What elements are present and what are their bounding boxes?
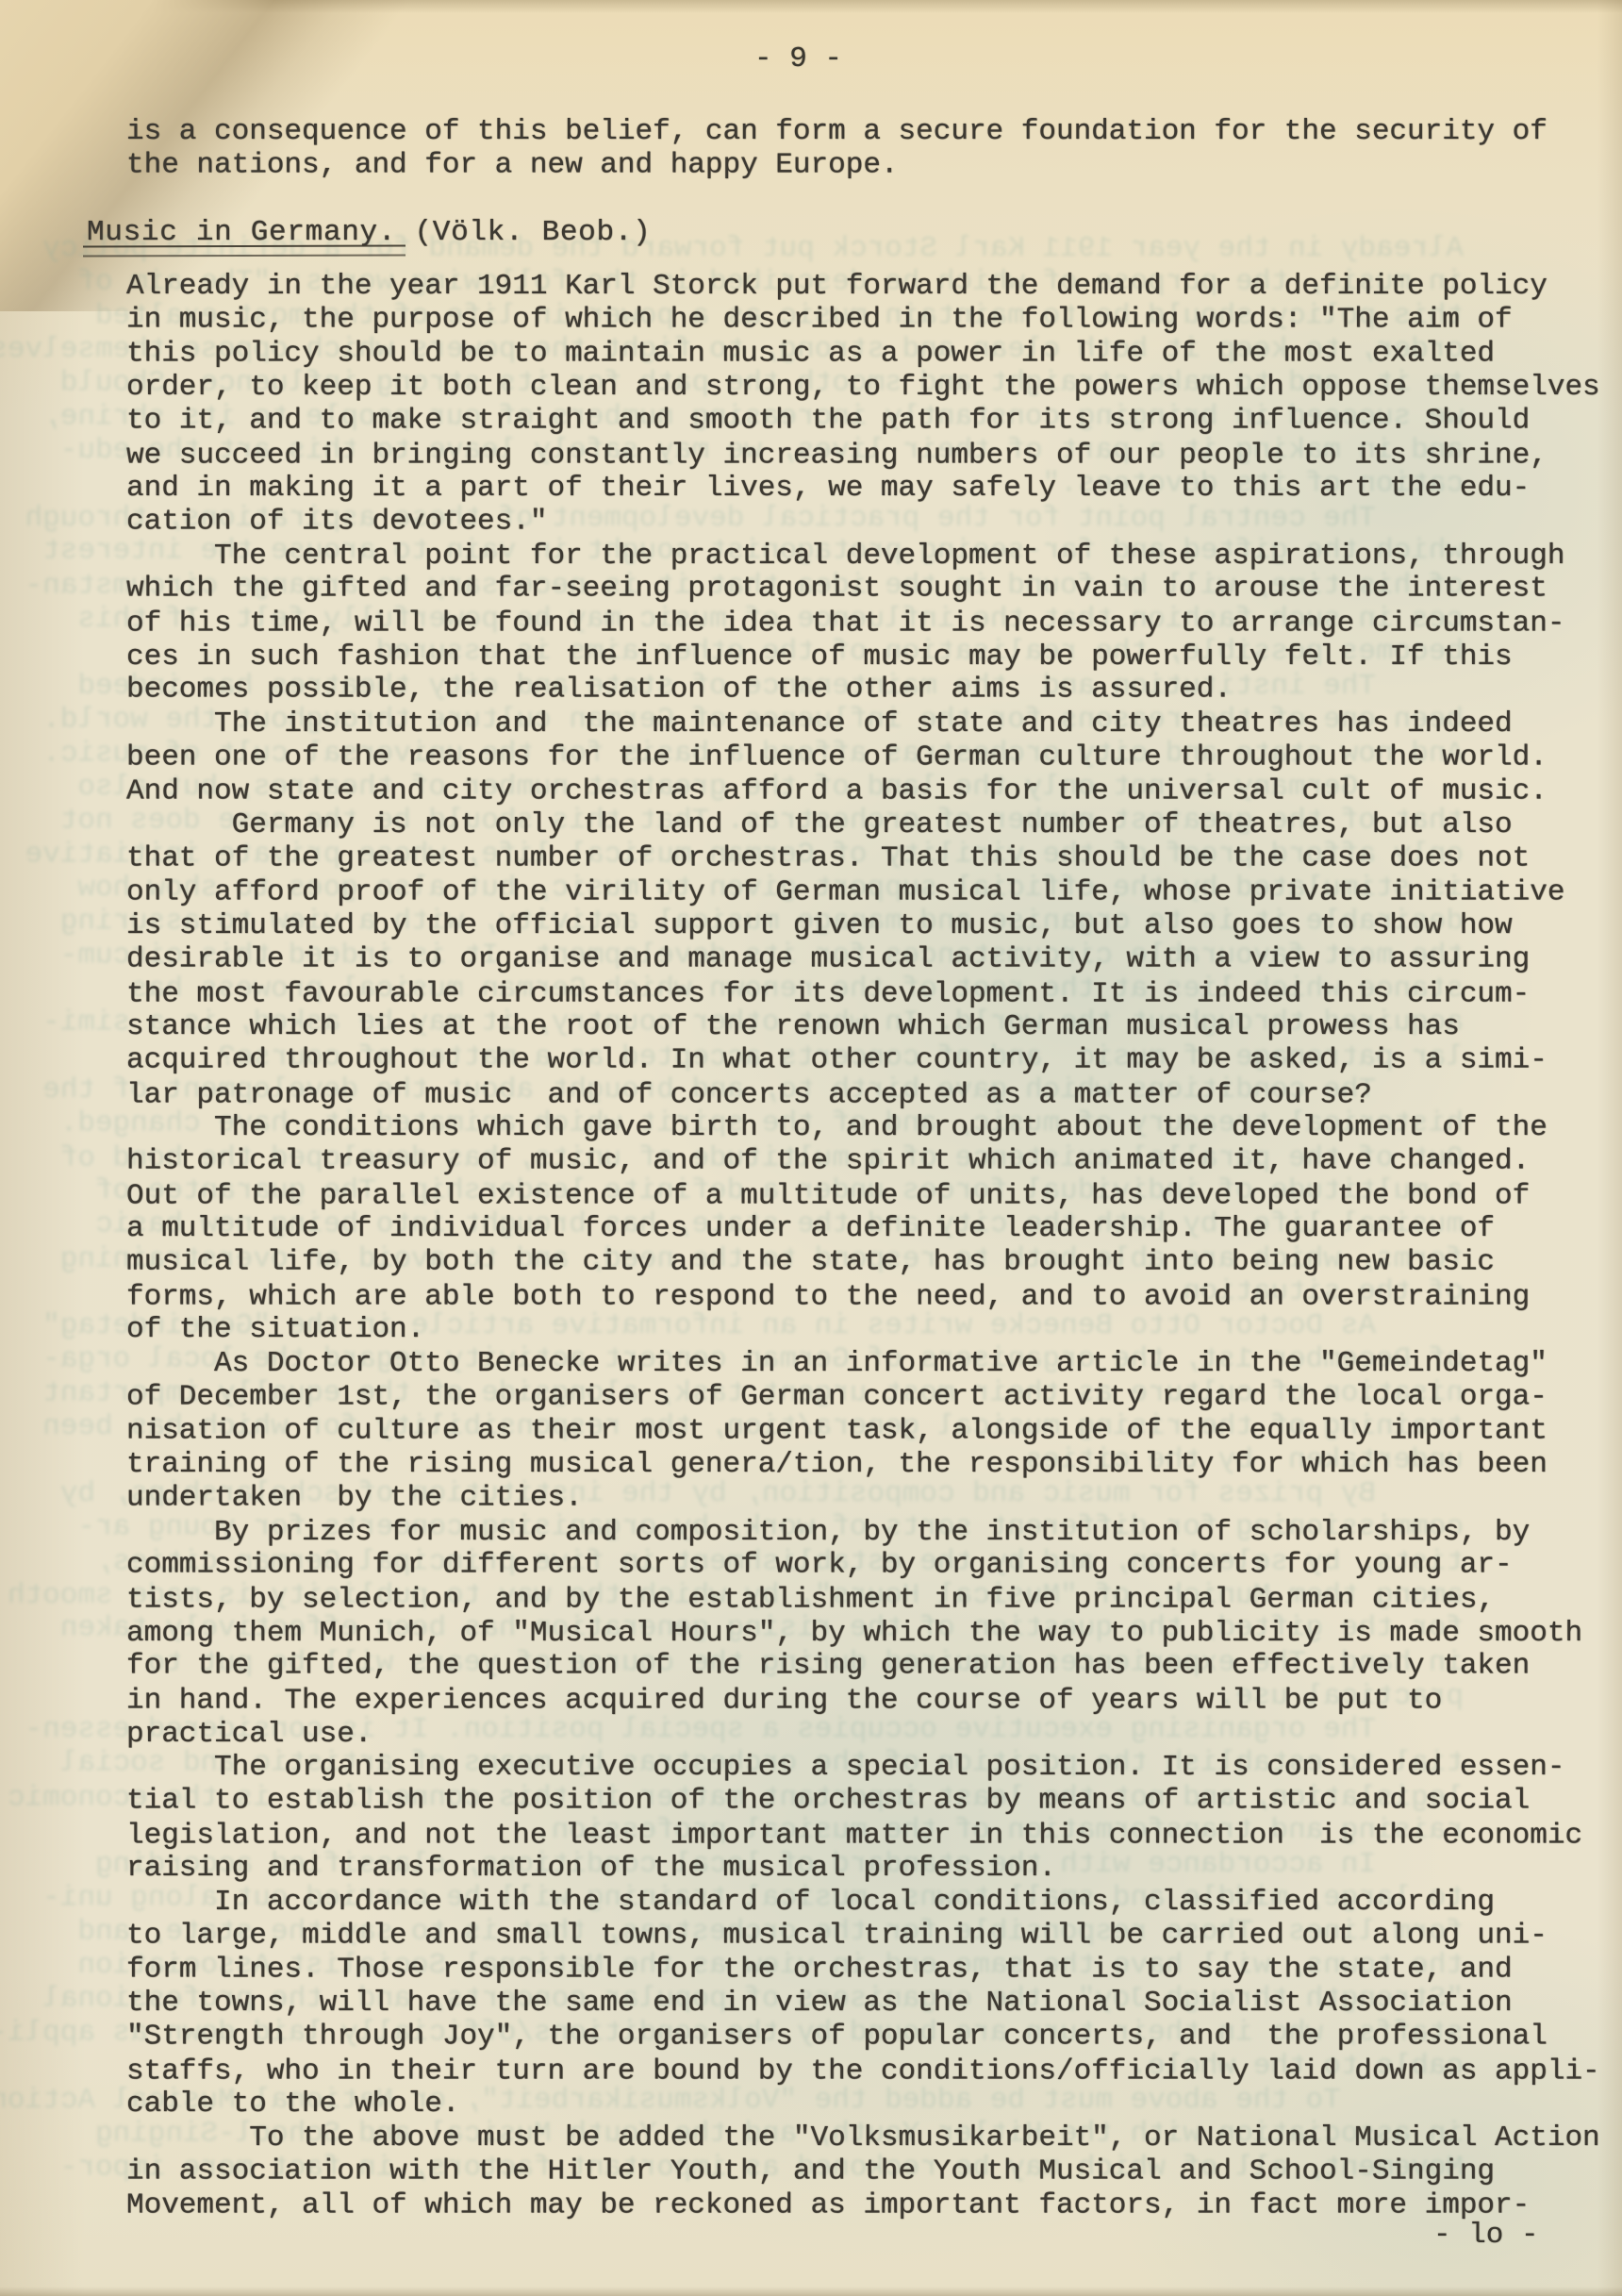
text-line: and in making it a part of their lives, … xyxy=(126,472,1622,506)
text-line: musical life, by both the city and the s… xyxy=(126,1246,1622,1280)
scanned-document-page: is a consequence of this belief, can for… xyxy=(0,0,1622,2296)
section-heading-source: (Völk. Beob.) xyxy=(396,216,651,249)
text-line: that of the greatest number of orchestra… xyxy=(126,841,1622,875)
text-line: in hand. The experiences acquired during… xyxy=(126,1684,1622,1718)
text-line: form lines. Those responsible for the or… xyxy=(126,1954,1622,1988)
text-line: only afford proof of the virility of Ger… xyxy=(126,876,1622,910)
text-line: tists, by selection, and by the establis… xyxy=(126,1583,1622,1617)
text-line: which the gifted and far-seeing protagon… xyxy=(126,573,1622,607)
paragraph: To the above must be added the "Volksmus… xyxy=(126,2121,1622,2222)
paragraph: As Doctor Otto Benecke writes in an info… xyxy=(126,1347,1622,1515)
paragraph: The central point for the practical deve… xyxy=(126,540,1622,707)
text-line: In accordance with the standard of local… xyxy=(126,1886,1622,1920)
carryover-paragraph: is a consequence of this belief, can for… xyxy=(126,115,1622,182)
text-line: of December 1st, the organisers of Germa… xyxy=(126,1380,1622,1414)
text-line: nisation of culture as their most urgent… xyxy=(126,1415,1622,1449)
text-line: staffs, who in their turn are bound by t… xyxy=(126,2055,1622,2088)
text-line: The conditions which gave birth to, and … xyxy=(126,1111,1622,1145)
text-line: order, to keep it both clean and strong,… xyxy=(126,371,1622,405)
text-line: commissioning for different sorts of wor… xyxy=(126,1549,1622,1583)
text-line: undertaken by the cities. xyxy=(126,1481,1622,1515)
text-line: stance which lies at the root of the ren… xyxy=(126,1010,1622,1044)
paragraph: Germany is not only the land of the grea… xyxy=(126,808,1622,1111)
text-line: practical use. xyxy=(126,1718,1622,1752)
text-line: Out of the parallel existence of a multi… xyxy=(126,1179,1622,1213)
text-line: among them Munich, of "Musical Hours", b… xyxy=(126,1617,1622,1651)
text-line: forms, which are able both to respond to… xyxy=(126,1280,1622,1314)
paragraph: Already in the year 1911 Karl Storck put… xyxy=(126,270,1622,540)
text-line: cable to the whole. xyxy=(126,2088,1622,2121)
text-line: training of the rising musical genera/ti… xyxy=(126,1448,1622,1482)
text-line: By prizes for music and composition, by … xyxy=(126,1516,1622,1550)
text-line: historical treasury of music, and of the… xyxy=(126,1144,1622,1178)
text-line: in music, the purpose of which he descri… xyxy=(126,303,1622,337)
text-line: Movement, all of which may be reckoned a… xyxy=(126,2189,1622,2223)
text-line: in association with the Hitler Youth, an… xyxy=(126,2155,1622,2188)
text-line: legislation, and not the least important… xyxy=(126,1819,1622,1853)
text-line: a multitude of individual forces under a… xyxy=(126,1212,1622,1246)
paragraph: The conditions which gave birth to, and … xyxy=(126,1111,1622,1347)
text-line: The organising executive occupies a spec… xyxy=(126,1751,1622,1785)
text-line: becomes possible, the realisation of the… xyxy=(126,674,1622,707)
text-line: for the gifted, the question of the risi… xyxy=(126,1650,1622,1684)
text-line: of his time, will be found in the idea t… xyxy=(126,607,1622,641)
text-line: been one of the reasons for the influenc… xyxy=(126,740,1622,774)
text-line: is a consequence of this belief, can for… xyxy=(126,115,1622,149)
text-line: cation of its devotees." xyxy=(126,505,1622,539)
text-line: tial to establish the position of the or… xyxy=(126,1785,1622,1819)
paragraph: In accordance with the standard of local… xyxy=(126,1886,1622,2121)
page-number-bottom: - lo - xyxy=(1433,2219,1539,2253)
text-line: The institution and the maintenance of s… xyxy=(126,707,1622,741)
page-number-top: - 9 - xyxy=(754,42,842,76)
text-line: ces in such fashion that the influence o… xyxy=(126,641,1622,674)
text-line: desirable it is to organise and manage m… xyxy=(126,942,1622,976)
text-line: the nations, and for a new and happy Eur… xyxy=(126,148,1622,182)
text-line: Germany is not only the land of the grea… xyxy=(126,808,1622,842)
text-line: we succeed in bringing constantly increa… xyxy=(126,439,1622,473)
paragraph: The organising executive occupies a spec… xyxy=(126,1751,1622,1886)
text-line: The central point for the practical deve… xyxy=(126,540,1622,574)
text-line: lar patronage of music and of concerts a… xyxy=(126,1078,1622,1112)
text-line: this policy should be to maintain music … xyxy=(126,338,1622,372)
paragraph: By prizes for music and composition, by … xyxy=(126,1516,1622,1752)
text-line: As Doctor Otto Benecke writes in an info… xyxy=(126,1347,1622,1381)
text-line: Already in the year 1911 Karl Storck put… xyxy=(126,270,1622,304)
text-line: the most favourable circumstances for it… xyxy=(126,977,1622,1011)
section-heading: Music in Germany. (Völk. Beob.) xyxy=(87,216,1622,250)
text-line: of the situation. xyxy=(126,1313,1622,1347)
text-line: is stimulated by the official support gi… xyxy=(126,909,1622,943)
text-line: acquired throughout the world. In what o… xyxy=(126,1043,1622,1077)
section-heading-title: Music in Germany. xyxy=(87,216,396,250)
text-line: raising and transformation of the musica… xyxy=(126,1852,1622,1886)
paragraph: The institution and the maintenance of s… xyxy=(126,707,1622,808)
text-line: to large, middle and small towns, musica… xyxy=(126,1919,1622,1953)
text-line: the towns, will have the same end in vie… xyxy=(126,1987,1622,2021)
text-line: And now state and city orchestras afford… xyxy=(126,775,1622,809)
document-body: is a consequence of this belief, can for… xyxy=(0,115,1622,2222)
text-line: to it, and to make straight and smooth t… xyxy=(126,404,1622,438)
text-line: To the above must be added the "Volksmus… xyxy=(126,2121,1622,2155)
text-line: "Strength through Joy", the organisers o… xyxy=(126,2020,1622,2054)
